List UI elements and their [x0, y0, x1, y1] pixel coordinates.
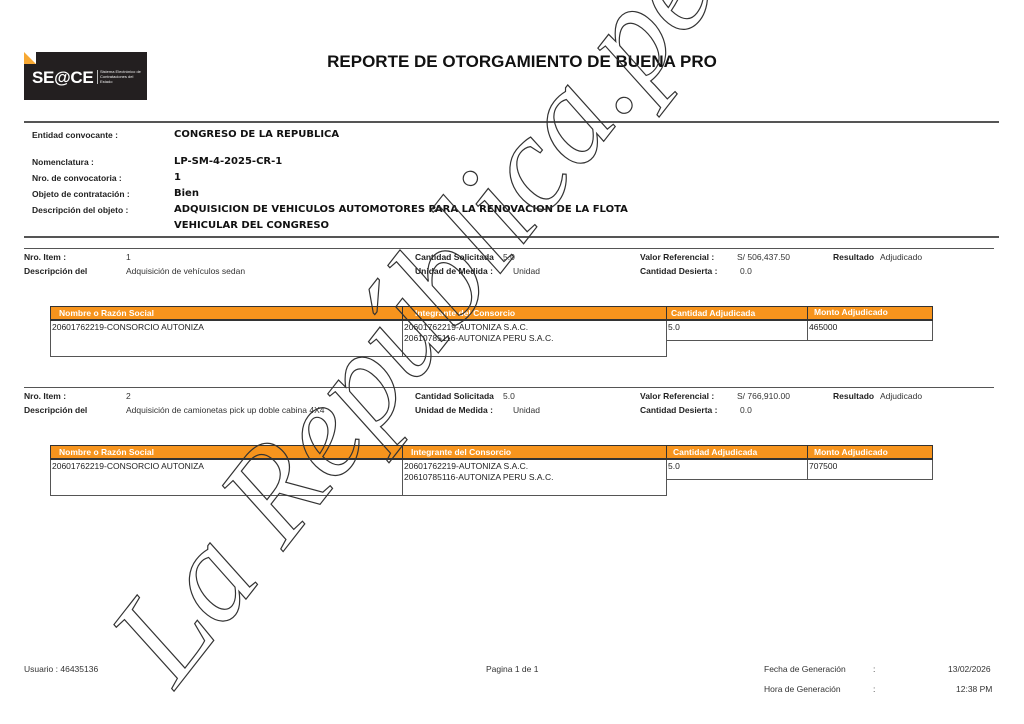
divider — [24, 121, 999, 123]
entidad-value: CONGRESO DE LA REPUBLICA — [174, 129, 339, 140]
entidad-label: Entidad convocante : — [32, 130, 118, 140]
logo-separator — [97, 70, 98, 84]
cantidad-desierta-label: Cantidad Desierta : — [640, 405, 717, 415]
valor-referencial-value: S/ 766,910.00 — [737, 391, 790, 401]
col-header-cantidad: Cantidad Adjudicada — [666, 306, 808, 321]
hora-label: Hora de Generación — [764, 684, 841, 694]
integrante-2: 20610785116-AUTONIZA PERU S.A.C. — [404, 472, 666, 483]
table-cell-integrante: 20601762219-AUTONIZA S.A.C. 20610785116-… — [402, 460, 667, 496]
resultado-label: Resultado — [833, 252, 874, 262]
descripcion-label: Descripción del objeto : — [32, 205, 128, 215]
convocatoria-value: 1 — [174, 172, 181, 183]
unidad-medida-value: Unidad — [513, 405, 540, 415]
cantidad-solicitada-value: 5.0 — [503, 252, 515, 262]
nomenclatura-label: Nomenclatura : — [32, 157, 94, 167]
hora-colon: : — [873, 684, 875, 694]
nomenclatura-value: LP-SM-4-2025-CR-1 — [174, 156, 282, 167]
integrante-1: 20601762219-AUTONIZA S.A.C. — [404, 322, 666, 333]
divider — [24, 236, 999, 238]
col-header-monto: Monto Adjudicado — [807, 306, 933, 321]
resultado-value: Adjudicado — [880, 391, 922, 401]
table-cell-nombre: 20601762219-CONSORCIO AUTONIZA — [50, 321, 403, 357]
resultado-label: Resultado — [833, 391, 874, 401]
integrante-1: 20601762219-AUTONIZA S.A.C. — [404, 461, 666, 472]
page-indicator: Pagina 1 de 1 — [486, 664, 538, 674]
fecha-colon: : — [873, 664, 875, 674]
item-divider — [24, 248, 994, 249]
item-descripcion-label: Descripción del — [24, 266, 87, 276]
cantidad-solicitada-value: 5.0 — [503, 391, 515, 401]
objeto-value: Bien — [174, 188, 199, 199]
item-divider — [24, 387, 994, 388]
cantidad-desierta-label: Cantidad Desierta : — [640, 266, 717, 276]
report-title: REPORTE DE OTORGAMIENTO DE BUENA PRO — [0, 52, 1024, 72]
descripcion-line-1: ADQUISICION DE VEHICULOS AUTOMOTORES PAR… — [174, 204, 628, 215]
hora-value: 12:38 PM — [956, 684, 992, 694]
item-nro-label: Nro. Item : — [24, 252, 66, 262]
unidad-medida-label: Unidad de Medida : — [415, 266, 493, 276]
item-descripcion-label: Descripción del — [24, 405, 87, 415]
col-header-cantidad: Cantidad Adjudicada — [666, 445, 808, 460]
resultado-value: Adjudicado — [880, 252, 922, 262]
unidad-medida-label: Unidad de Medida : — [415, 405, 493, 415]
fecha-value: 13/02/2026 — [948, 664, 991, 674]
table-cell-monto: 707500 — [807, 460, 933, 480]
col-header-integrante: Integrante del Consorcio — [402, 445, 667, 460]
valor-referencial-value: S/ 506,437.50 — [737, 252, 790, 262]
fecha-label: Fecha de Generación — [764, 664, 846, 674]
table-cell-cantidad: 5.0 — [666, 321, 808, 341]
objeto-label: Objeto de contratación : — [32, 189, 130, 199]
unidad-medida-value: Unidad — [513, 266, 540, 276]
table-cell-integrante: 20601762219-AUTONIZA S.A.C. 20610785116-… — [402, 321, 667, 357]
descripcion-line-2: VEHICULAR DEL CONGRESO — [174, 220, 329, 231]
valor-referencial-label: Valor Referencial : — [640, 391, 714, 401]
item-nro-value: 1 — [126, 252, 131, 262]
col-header-nombre: Nombre o Razón Social — [50, 306, 403, 321]
cantidad-desierta-value: 0.0 — [740, 266, 752, 276]
watermark: La República.pe — [0, 0, 1024, 724]
convocatoria-label: Nro. de convocatoria : — [32, 173, 122, 183]
item-descripcion-value: Adquisición de vehículos sedan — [126, 266, 245, 276]
valor-referencial-label: Valor Referencial : — [640, 252, 714, 262]
item-descripcion-value: Adquisición de camionetas pick up doble … — [126, 405, 324, 415]
col-header-integrante: Integrante del Consorcio — [402, 306, 667, 321]
cantidad-solicitada-label: Cantidad Solicitada — [415, 252, 494, 262]
cantidad-desierta-value: 0.0 — [740, 405, 752, 415]
item-nro-value: 2 — [126, 391, 131, 401]
table-cell-cantidad: 5.0 — [666, 460, 808, 480]
table-cell-monto: 465000 — [807, 321, 933, 341]
integrante-2: 20610785116-AUTONIZA PERU S.A.C. — [404, 333, 666, 344]
col-header-monto: Monto Adjudicado — [807, 445, 933, 460]
cantidad-solicitada-label: Cantidad Solicitada — [415, 391, 494, 401]
item-nro-label: Nro. Item : — [24, 391, 66, 401]
table-cell-nombre: 20601762219-CONSORCIO AUTONIZA — [50, 460, 403, 496]
col-header-nombre: Nombre o Razón Social — [50, 445, 403, 460]
usuario: Usuario : 46435136 — [24, 664, 98, 674]
